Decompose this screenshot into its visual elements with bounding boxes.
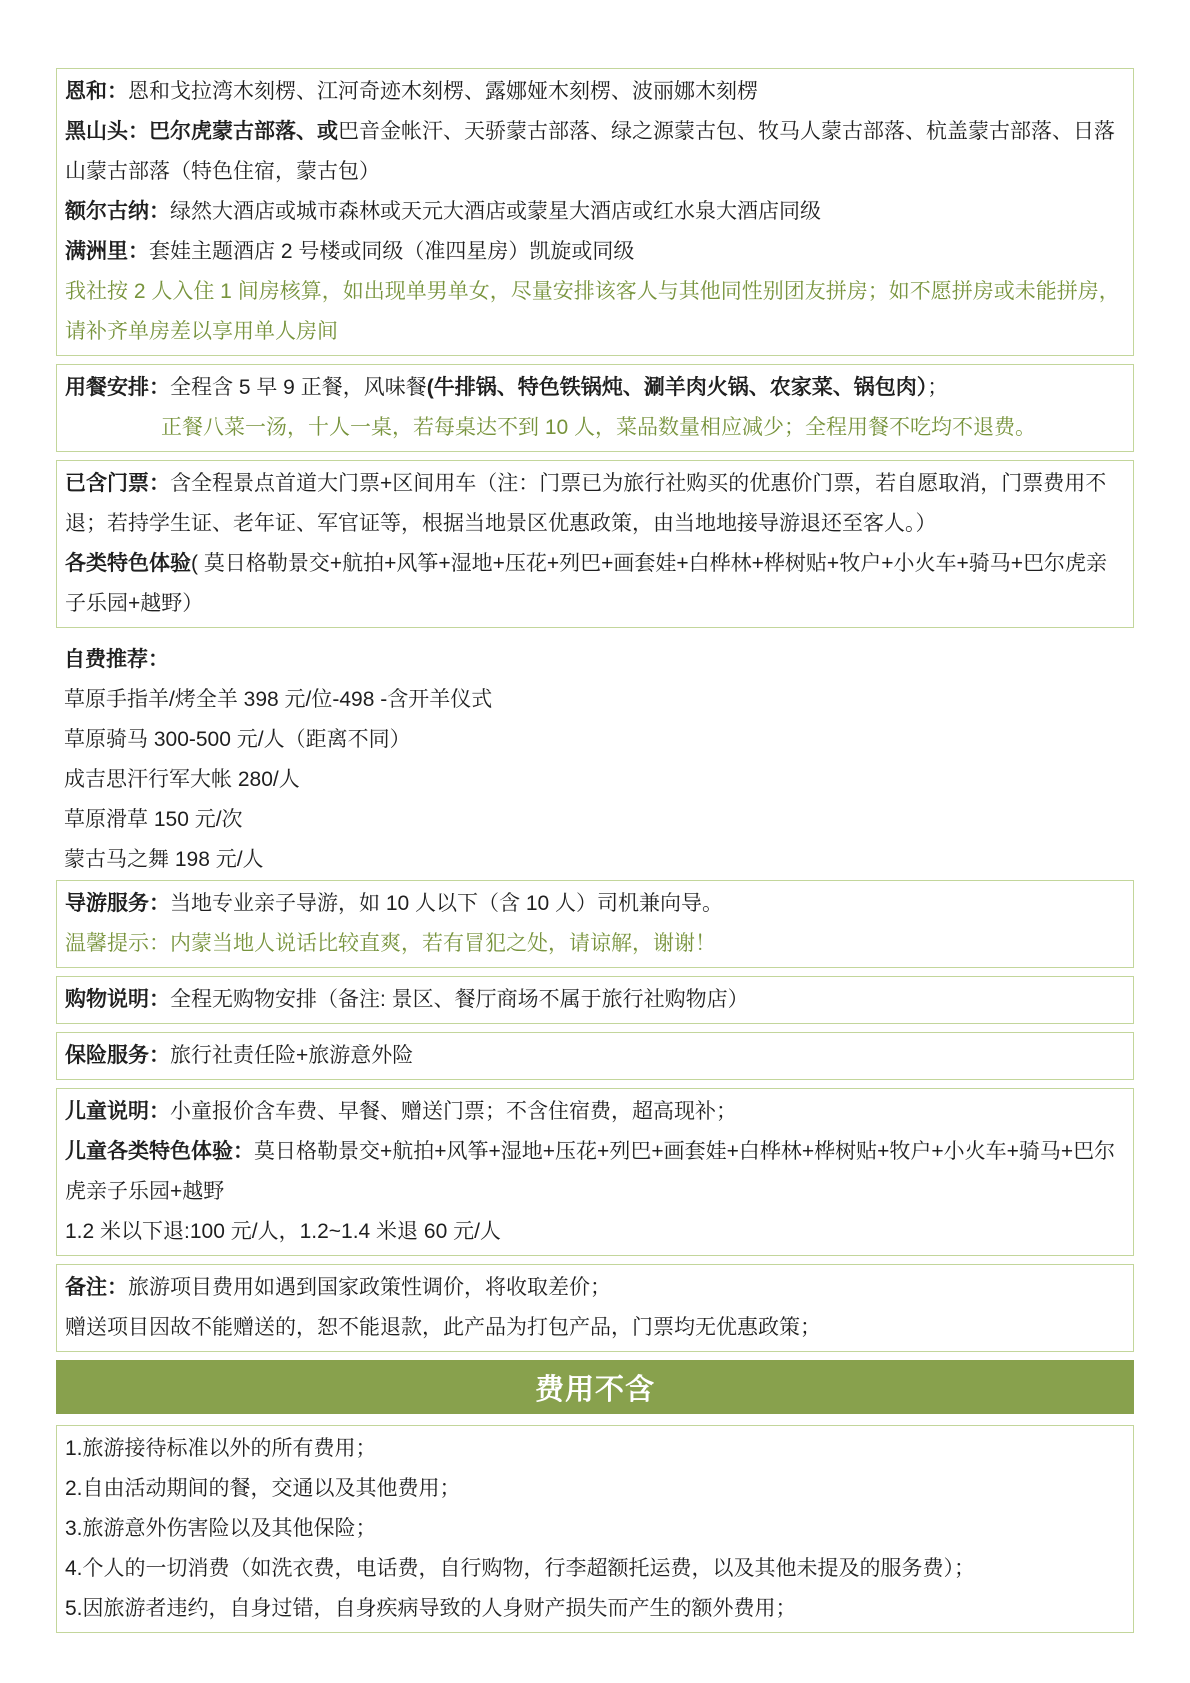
remarks-row-2: 赠送项目因故不能赠送的，恕不能退款，此产品为打包产品，门票均无优惠政策；	[65, 1308, 1125, 1348]
meals-note: 正餐八菜一汤，十人一桌，若每桌达不到 10 人，菜品数量相应减少；全程用餐不吃均…	[65, 408, 1125, 448]
self-pay-item: 成吉思汗行军大帐 280/人	[64, 760, 1126, 800]
special-experience-text: ( 莫日格勒景交+航拍+风筝+湿地+压花+列巴+画套娃+白桦林+桦树贴+牧户+小…	[65, 552, 1107, 615]
meals-row: 用餐安排：全程含 5 早 9 正餐，风味餐(牛排锅、特色铁锅炖、涮羊肉火锅、农家…	[65, 368, 1125, 408]
guide-row: 导游服务：当地专业亲子导游，如 10 人以下（含 10 人）司机兼向导。	[65, 884, 1125, 924]
special-experience-label: 各类特色体验	[65, 552, 191, 575]
accommodation-label-manzhouli: 满洲里：	[65, 240, 149, 263]
section-meals: 用餐安排：全程含 5 早 9 正餐，风味餐(牛排锅、特色铁锅炖、涮羊肉火锅、农家…	[56, 364, 1134, 452]
excluded-item: 5.因旅游者违约，自身过错，自身疾病导致的人身财产损失而产生的额外费用；	[65, 1589, 1125, 1629]
section-guide: 导游服务：当地专业亲子导游，如 10 人以下（含 10 人）司机兼向导。 温馨提…	[56, 880, 1134, 968]
self-pay-item: 草原手指羊/烤全羊 398 元/位-498 -含开羊仪式	[64, 680, 1126, 720]
meals-bold-detail: (牛排锅、特色铁锅炖、涮羊肉火锅、农家菜、锅包肉）	[427, 376, 928, 399]
excluded-item: 1.旅游接待标准以外的所有费用；	[65, 1429, 1125, 1469]
insurance-text: 旅行社责任险+旅游意外险	[170, 1044, 413, 1067]
meals-text: 全程含 5 早 9 正餐，风味餐	[170, 376, 427, 399]
accommodation-text-enhe: 恩和戈拉湾木刻楞、江河奇迹木刻楞、露娜娅木刻楞、波丽娜木刻楞	[128, 80, 758, 103]
self-pay-item: 蒙古马之舞 198 元/人	[64, 840, 1126, 880]
self-pay-item: 草原滑草 150 元/次	[64, 800, 1126, 840]
guide-label: 导游服务：	[65, 892, 170, 915]
children-label: 儿童说明：	[65, 1100, 170, 1123]
excluded-fees-title: 费用不含	[535, 1367, 655, 1408]
accommodation-room-note: 我社按 2 人入住 1 间房核算，如出现单男单女，尽量安排该客人与其他同性别团友…	[65, 272, 1125, 352]
guide-text: 当地专业亲子导游，如 10 人以下（含 10 人）司机兼向导。	[170, 892, 723, 915]
excluded-item: 4.个人的一切消费（如洗衣费，电话费，自行购物，行李超额托运费，以及其他未提及的…	[65, 1549, 1125, 1589]
excluded-item: 3.旅游意外伤害险以及其他保险；	[65, 1509, 1125, 1549]
section-tickets: 已含门票：含全程景点首道大门票+区间用车（注：门票已为旅行社购买的优惠价门票，若…	[56, 460, 1134, 628]
section-remarks: 备注：旅游项目费用如遇到国家政策性调价，将收取差价； 赠送项目因故不能赠送的，恕…	[56, 1264, 1134, 1352]
accommodation-label-enhe: 恩和：	[65, 80, 128, 103]
meals-label: 用餐安排：	[65, 376, 170, 399]
section-self-pay: 自费推荐： 草原手指羊/烤全羊 398 元/位-498 -含开羊仪式 草原骑马 …	[56, 636, 1134, 880]
accommodation-label-heishantou: 黑山头：	[65, 120, 149, 143]
tickets-row: 已含门票：含全程景点首道大门票+区间用车（注：门票已为旅行社购买的优惠价门票，若…	[65, 464, 1125, 544]
accommodation-label-eerguna: 额尔古纳：	[65, 200, 170, 223]
accommodation-text-eerguna: 绿然大酒店或城市森林或天元大酒店或蒙星大酒店或红水泉大酒店同级	[170, 200, 821, 223]
accommodation-bold-heishantou: 巴尔虎蒙古部落、或	[149, 120, 338, 143]
children-experience-label: 儿童各类特色体验：	[65, 1140, 254, 1163]
section-accommodation: 恩和：恩和戈拉湾木刻楞、江河奇迹木刻楞、露娜娅木刻楞、波丽娜木刻楞 黑山头：巴尔…	[56, 68, 1134, 356]
children-row: 儿童说明：小童报价含车费、早餐、赠送门票；不含住宿费，超高现补；	[65, 1092, 1125, 1132]
section-children: 儿童说明：小童报价含车费、早餐、赠送门票；不含住宿费，超高现补； 儿童各类特色体…	[56, 1088, 1134, 1256]
shopping-label: 购物说明：	[65, 988, 170, 1011]
remarks-label: 备注：	[65, 1276, 128, 1299]
tickets-text: 含全程景点首道大门票+区间用车（注：门票已为旅行社购买的优惠价门票，若自愿取消，…	[65, 472, 1106, 535]
excluded-item: 2.自由活动期间的餐，交通以及其他费用；	[65, 1469, 1125, 1509]
tickets-label: 已含门票：	[65, 472, 170, 495]
children-text: 小童报价含车费、早餐、赠送门票；不含住宿费，超高现补；	[170, 1100, 737, 1123]
insurance-row: 保险服务：旅行社责任险+旅游意外险	[65, 1036, 1125, 1076]
children-experience-row: 儿童各类特色体验：莫日格勒景交+航拍+风筝+湿地+压花+列巴+画套娃+白桦林+桦…	[65, 1132, 1125, 1212]
guide-tip: 温馨提示：内蒙当地人说话比较直爽，若有冒犯之处，请谅解，谢谢！	[65, 924, 1125, 964]
accommodation-text-manzhouli: 套娃主题酒店 2 号楼或同级（准四星房）凯旋或同级	[149, 240, 634, 263]
accommodation-row-enhe: 恩和：恩和戈拉湾木刻楞、江河奇迹木刻楞、露娜娅木刻楞、波丽娜木刻楞	[65, 72, 1125, 112]
section-excluded-list: 1.旅游接待标准以外的所有费用； 2.自由活动期间的餐，交通以及其他费用； 3.…	[56, 1425, 1134, 1633]
accommodation-row-heishantou: 黑山头：巴尔虎蒙古部落、或巴音金帐汗、天骄蒙古部落、绿之源蒙古包、牧马人蒙古部落…	[65, 112, 1125, 192]
section-insurance: 保险服务：旅行社责任险+旅游意外险	[56, 1032, 1134, 1080]
remarks-text: 旅游项目费用如遇到国家政策性调价，将收取差价；	[128, 1276, 611, 1299]
shopping-text: 全程无购物安排（备注: 景区、餐厅商场不属于旅行社购物店）	[170, 988, 749, 1011]
accommodation-row-eerguna: 额尔古纳：绿然大酒店或城市森林或天元大酒店或蒙星大酒店或红水泉大酒店同级	[65, 192, 1125, 232]
insurance-label: 保险服务：	[65, 1044, 170, 1067]
remarks-row: 备注：旅游项目费用如遇到国家政策性调价，将收取差价；	[65, 1268, 1125, 1308]
children-refund-row: 1.2 米以下退:100 元/人，1.2~1.4 米退 60 元/人	[65, 1212, 1125, 1252]
accommodation-row-manzhouli: 满洲里：套娃主题酒店 2 号楼或同级（准四星房）凯旋或同级	[65, 232, 1125, 272]
section-shopping: 购物说明：全程无购物安排（备注: 景区、餐厅商场不属于旅行社购物店）	[56, 976, 1134, 1024]
special-experience-row: 各类特色体验( 莫日格勒景交+航拍+风筝+湿地+压花+列巴+画套娃+白桦林+桦树…	[65, 544, 1125, 624]
meals-tail: ；	[927, 376, 948, 399]
self-pay-item: 草原骑马 300-500 元/人（距离不同）	[64, 720, 1126, 760]
document-page: 恩和：恩和戈拉湾木刻楞、江河奇迹木刻楞、露娜娅木刻楞、波丽娜木刻楞 黑山头：巴尔…	[0, 0, 1190, 1681]
shopping-row: 购物说明：全程无购物安排（备注: 景区、餐厅商场不属于旅行社购物店）	[65, 980, 1125, 1020]
self-pay-title: 自费推荐：	[64, 640, 1126, 680]
excluded-fees-header: 费用不含	[56, 1360, 1134, 1414]
